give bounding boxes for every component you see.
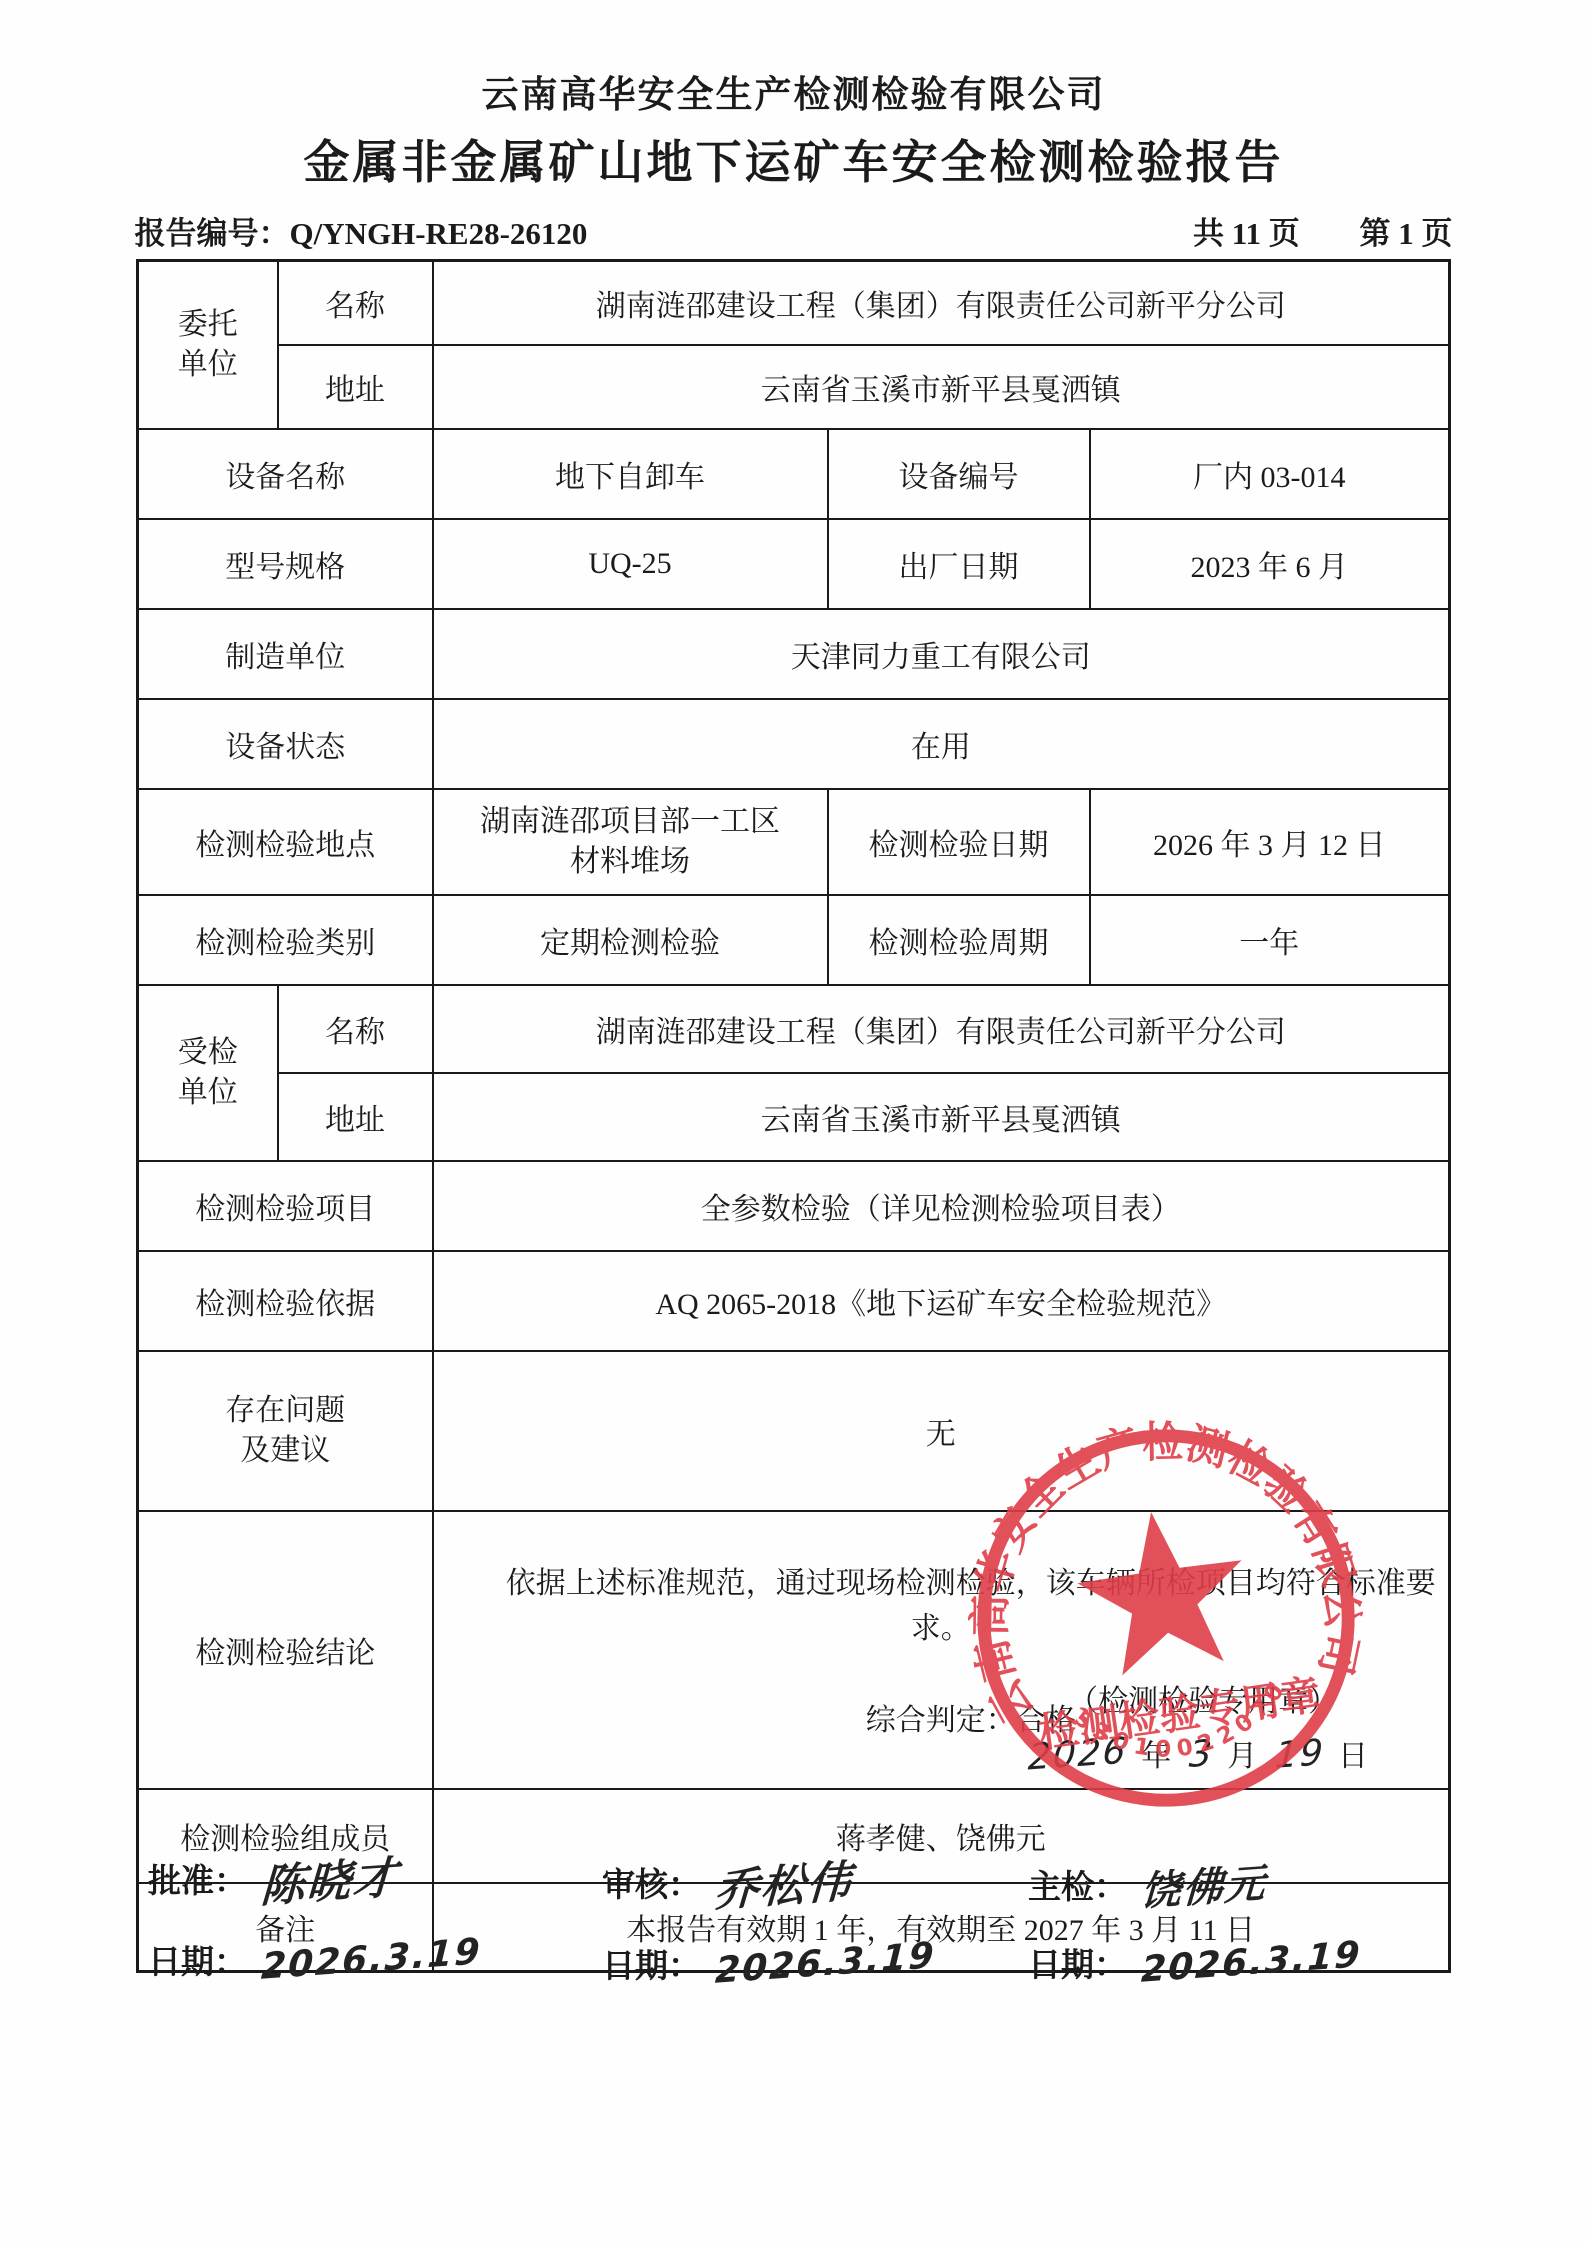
pages-total: 共 11 页	[1193, 216, 1300, 251]
client-name-value: 湖南涟邵建设工程（集团）有限责任公司新平分公司	[433, 261, 1450, 346]
seal-date-line: 2026 年 3 月 19 日	[1028, 1726, 1378, 1784]
row-device: 设备名称 地下自卸车 设备编号 厂内 03-014	[138, 429, 1450, 519]
manufacturer-value: 天津同力重工有限公司	[433, 609, 1450, 699]
manufacturer-label: 制造单位	[138, 609, 433, 699]
row-problems: 存在问题 及建议 无	[138, 1351, 1450, 1511]
device-no-value: 厂内 03-014	[1090, 429, 1450, 519]
chief-signature: 饶佛元	[1140, 1851, 1269, 1917]
page-info: 共 11 页 第 1 页	[1141, 208, 1453, 253]
page-current: 第 1 页	[1360, 216, 1453, 251]
conclusion-label: 检测检验结论	[138, 1511, 433, 1789]
row-type: 检测检验类别 定期检测检验 检测检验周期 一年	[138, 895, 1450, 985]
report-table: 委托 单位 名称 湖南涟邵建设工程（集团）有限责任公司新平分公司 地址 云南省玉…	[136, 259, 1451, 1973]
client-section-label: 委托 单位	[138, 261, 278, 430]
device-name-value: 地下自卸车	[433, 429, 828, 519]
row-conclusion: 检测检验结论 依据上述标准规范，通过现场检测检验，该车辆所检项目均符合标准要求。…	[138, 1511, 1450, 1789]
inspected-address-value: 云南省玉溪市新平县戛洒镇	[433, 1073, 1450, 1161]
chief-label: 主检：	[1028, 1861, 1127, 1908]
seal-caption-block: （检测检验专用章） 2026 年 3 月 19 日	[1028, 1678, 1378, 1784]
review-block: 审核： 乔松伟 日期： 2026.3.19	[602, 1850, 936, 2013]
items-value: 全参数检验（详见检测检验项目表）	[433, 1161, 1450, 1251]
row-location: 检测检验地点 湖南涟邵项目部一工区 材料堆场 检测检验日期 2026 年 3 月…	[138, 789, 1450, 895]
problems-label: 存在问题 及建议	[138, 1351, 433, 1511]
approve-label: 批准：	[148, 1855, 247, 1902]
cycle-label: 检测检验周期	[828, 895, 1090, 985]
approve-signature: 陈晓才	[259, 1841, 400, 1915]
device-name-label: 设备名称	[138, 429, 433, 519]
chief-block: 主检： 饶佛元 日期： 2026.3.19	[1028, 1856, 1362, 2012]
insp-date-value: 2026 年 3 月 12 日	[1090, 789, 1450, 895]
row-basis: 检测检验依据 AQ 2065-2018《地下运矿车安全检验规范》	[138, 1251, 1450, 1351]
mfg-date-value: 2023 年 6 月	[1090, 519, 1450, 609]
seal-date-day: 19	[1273, 1724, 1326, 1785]
report-header: 云南高华安全生产检测检验有限公司 金属非金属矿山地下运矿车安全检测检验报告	[0, 0, 1587, 192]
insp-date-label: 检测检验日期	[828, 789, 1090, 895]
approve-date-label: 日期：	[148, 1936, 247, 1983]
status-label: 设备状态	[138, 699, 433, 789]
report-page: 云南高华安全生产检测检验有限公司 金属非金属矿山地下运矿车安全检测检验报告 报告…	[0, 0, 1587, 2244]
location-label: 检测检验地点	[138, 789, 433, 895]
chief-date-label: 日期：	[1028, 1939, 1127, 1986]
report-info-row: 报告编号：Q/YNGH-RE28-26120 共 11 页 第 1 页	[135, 208, 1453, 253]
row-inspected-address: 地址 云南省玉溪市新平县戛洒镇	[138, 1073, 1450, 1161]
client-address-label: 地址	[278, 345, 433, 429]
approve-date: 2026.3.19	[260, 1931, 482, 1988]
seal-day-char: 日	[1338, 1733, 1368, 1781]
company-name: 云南高华安全生产检测检验有限公司	[0, 64, 1587, 118]
row-model: 型号规格 UQ-25 出厂日期 2023 年 6 月	[138, 519, 1450, 609]
mfg-date-label: 出厂日期	[828, 519, 1090, 609]
seal-month-char: 月	[1227, 1733, 1257, 1781]
row-status: 设备状态 在用	[138, 699, 1450, 789]
type-value: 定期检测检验	[433, 895, 828, 985]
review-date: 2026.3.19	[714, 1935, 936, 1992]
cycle-value: 一年	[1090, 895, 1450, 985]
inspected-section-label: 受检 单位	[138, 985, 278, 1161]
client-address-value: 云南省玉溪市新平县戛洒镇	[433, 345, 1450, 429]
basis-value: AQ 2065-2018《地下运矿车安全检验规范》	[433, 1251, 1450, 1351]
seal-date-year: 2026	[1027, 1723, 1129, 1788]
report-title: 金属非金属矿山地下运矿车安全检测检验报告	[0, 126, 1587, 192]
approve-block: 批准： 陈晓才 日期： 2026.3.19	[148, 1846, 482, 2009]
items-label: 检测检验项目	[138, 1161, 433, 1251]
inspected-address-label: 地址	[278, 1073, 433, 1161]
location-value: 湖南涟邵项目部一工区 材料堆场	[433, 789, 828, 895]
row-client-address: 地址 云南省玉溪市新平县戛洒镇	[138, 345, 1450, 429]
conclusion-text: 依据上述标准规范，通过现场检测检验，该车辆所检项目均符合标准要求。	[444, 1561, 1439, 1651]
row-manufacturer: 制造单位 天津同力重工有限公司	[138, 609, 1450, 699]
inspected-name-label: 名称	[278, 985, 433, 1073]
review-signature: 乔松伟	[713, 1845, 854, 1919]
inspected-name-value: 湖南涟邵建设工程（集团）有限责任公司新平分公司	[433, 985, 1450, 1073]
problems-value: 无	[433, 1351, 1450, 1511]
row-inspected-name: 受检 单位 名称 湖南涟邵建设工程（集团）有限责任公司新平分公司	[138, 985, 1450, 1073]
conclusion-cell: 依据上述标准规范，通过现场检测检验，该车辆所检项目均符合标准要求。 综合判定：合…	[433, 1511, 1450, 1789]
model-value: UQ-25	[433, 519, 828, 609]
review-date-label: 日期：	[602, 1940, 701, 1987]
seal-date-month: 3	[1187, 1725, 1215, 1785]
model-label: 型号规格	[138, 519, 433, 609]
basis-label: 检测检验依据	[138, 1251, 433, 1351]
review-label: 审核：	[602, 1859, 701, 1906]
chief-date: 2026.3.19	[1140, 1934, 1362, 1991]
row-items: 检测检验项目 全参数检验（详见检测检验项目表）	[138, 1161, 1450, 1251]
device-no-label: 设备编号	[828, 429, 1090, 519]
row-client-name: 委托 单位 名称 湖南涟邵建设工程（集团）有限责任公司新平分公司	[138, 261, 1450, 346]
seal-year-char: 年	[1141, 1733, 1171, 1781]
report-number: 报告编号：Q/YNGH-RE28-26120	[135, 208, 588, 253]
seal-caption-text: （检测检验专用章）	[1028, 1678, 1378, 1726]
client-name-label: 名称	[278, 261, 433, 346]
type-label: 检测检验类别	[138, 895, 433, 985]
status-value: 在用	[433, 699, 1450, 789]
